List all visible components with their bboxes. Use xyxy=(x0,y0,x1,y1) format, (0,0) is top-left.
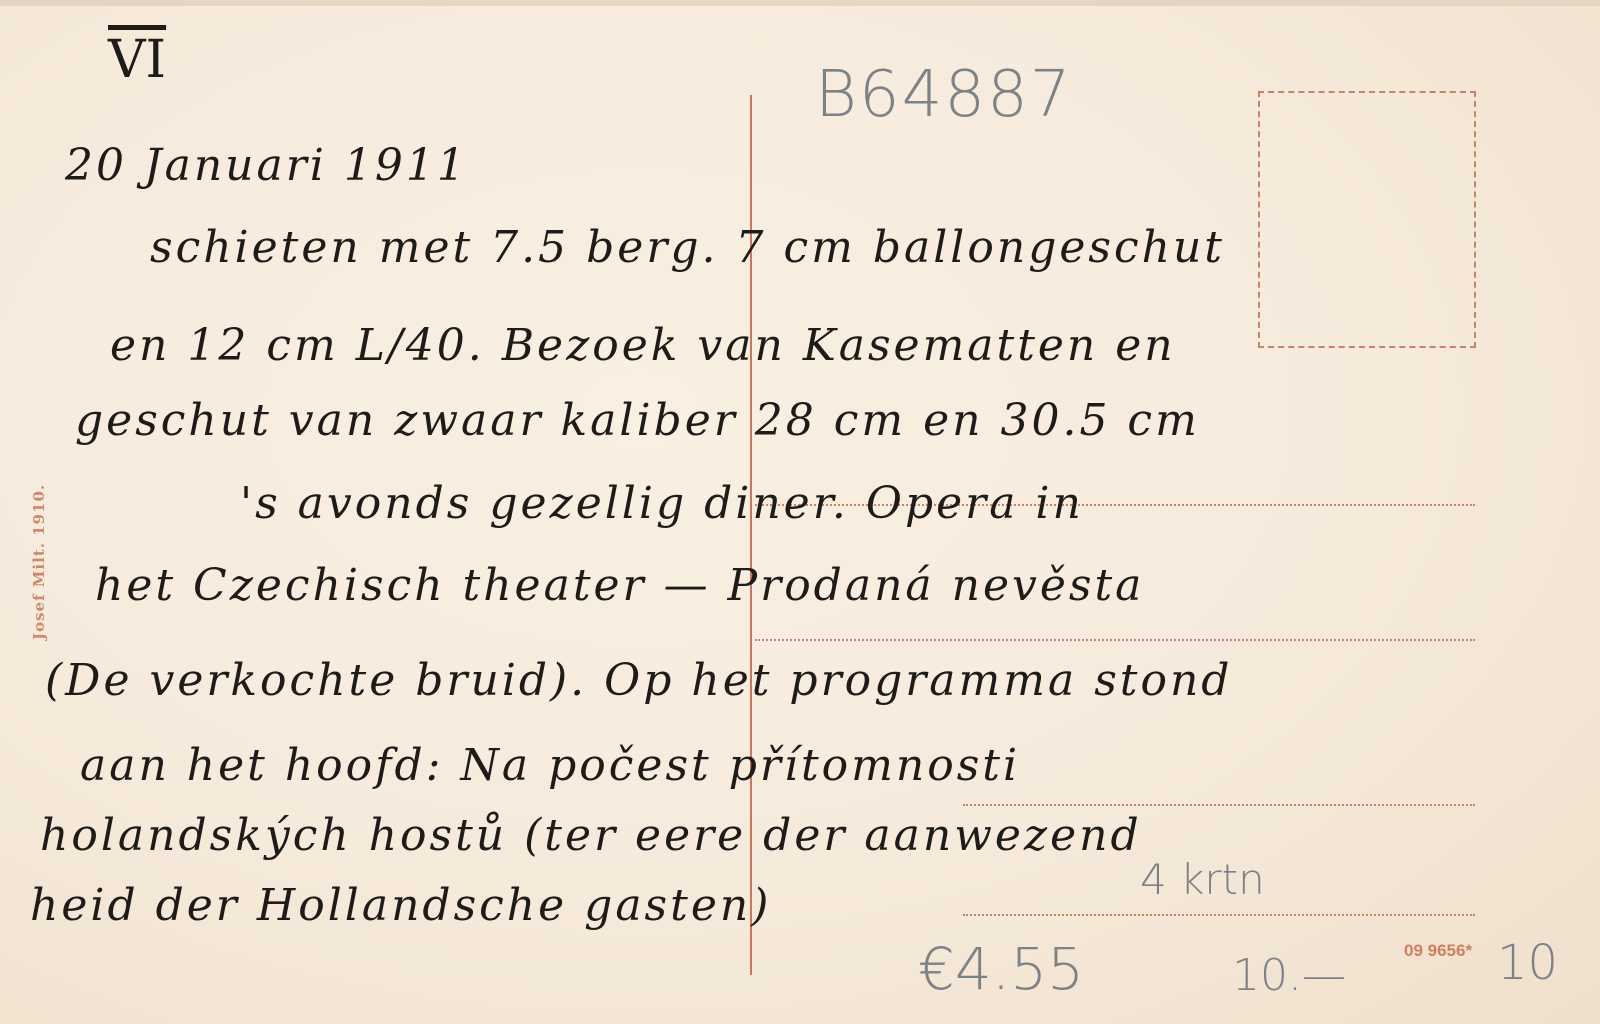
message-line: geschut van zwaar kaliber 28 cm en 30.5 … xyxy=(75,395,1200,446)
pencil-corner-number: 10 xyxy=(1497,935,1558,991)
message-line: aan het hoofd: Na počest přítomnosti xyxy=(80,740,1020,791)
card-top-edge xyxy=(0,0,1600,6)
message-line: holandských hostů (ter eere der aanwezen… xyxy=(40,810,1142,861)
message-line: (De verkochte bruid). Op het programma s… xyxy=(45,655,1232,706)
message-line: 's avonds gezellig diner. Opera in xyxy=(240,478,1084,529)
pencil-price-alt: 10.— xyxy=(1232,950,1346,1001)
section-numeral: VI xyxy=(108,30,166,90)
message-line: en 12 cm L/40. Bezoek van Kasematten en xyxy=(110,320,1176,371)
address-line-2 xyxy=(755,639,1475,641)
pencil-price-code: 4 krtn xyxy=(1140,855,1265,904)
message-line: heid der Hollandsche gasten) xyxy=(30,880,771,931)
stamp-box xyxy=(1258,91,1476,348)
message-line-date: 20 Januari 1911 xyxy=(65,140,468,191)
address-line-4 xyxy=(963,914,1475,916)
message-line: het Czechisch theater — Prodaná nevěsta xyxy=(95,560,1144,611)
address-line-3 xyxy=(963,804,1475,806)
printer-imprint: Josef Milt. 1910. xyxy=(30,484,48,640)
message-line: schieten met 7.5 berg. 7 cm ballongeschu… xyxy=(150,222,1225,273)
archive-number: B64887 xyxy=(815,58,1073,132)
pencil-price-euro: €4.55 xyxy=(918,935,1084,1003)
postcard-back: VI B64887 Josef Milt. 1910. 20 Januari 1… xyxy=(0,0,1600,1024)
serial-number: 09 9656* xyxy=(1404,941,1472,961)
